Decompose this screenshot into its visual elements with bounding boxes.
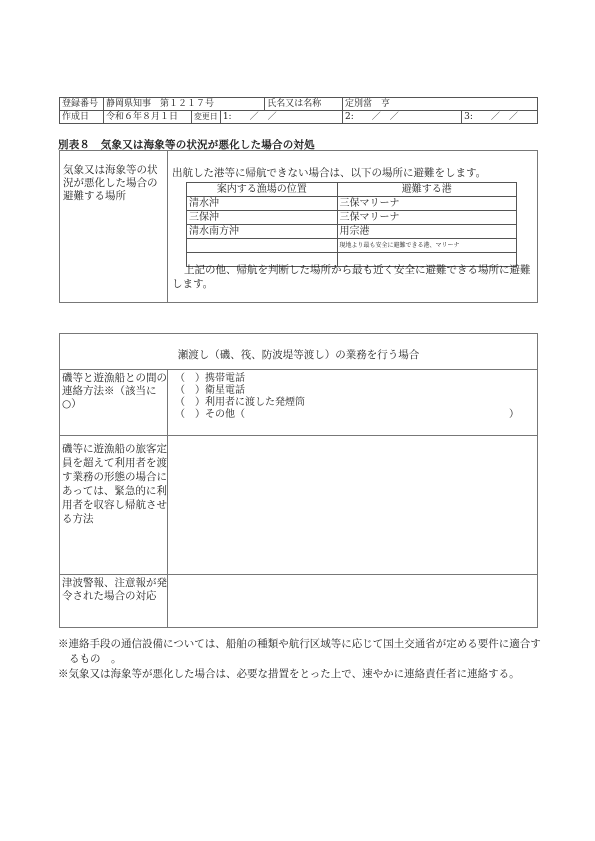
table-row: 清水南方沖 用宗港	[187, 225, 517, 239]
option-mobile-phone[interactable]: （ ）携帯電話	[175, 373, 537, 385]
footnote-communication: ※連絡手段の通信設備については、船舶の種類や航行区域等に応じて国土交通省が定める…	[58, 637, 543, 667]
tsunami-label: 津波警報、注意報が発令された場合の対応	[60, 575, 168, 627]
registration-row: 登録番号 静岡県知事 第１２１７号 氏名又は名称 定別當 亨	[60, 98, 538, 111]
reg-number-label: 登録番号	[60, 98, 104, 111]
port-table-header: 案内する漁場の位置 避難する港	[187, 183, 517, 197]
name-label: 氏名又は名称	[265, 98, 343, 111]
registration-table: 登録番号 静岡県知事 第１２１７号 氏名又は名称 定別當 亨 作成日 令和６年８…	[59, 97, 538, 124]
rescue-value[interactable]	[169, 436, 537, 574]
evac-port-cell: 現地より最も安全に避難できる港、マリーナ	[337, 239, 516, 253]
evac-port-cell: 三保マリーナ	[337, 211, 516, 225]
footnotes: ※連絡手段の通信設備については、船舶の種類や航行区域等に応じて国土交通省が定める…	[58, 637, 543, 682]
rescue-row: 磯等に遊漁船の旅客定員を超えて利用者を渡す業務の形態の場合にあっては、緊急的に利…	[60, 436, 537, 575]
name-value: 定別當 亨	[343, 98, 538, 111]
option-other[interactable]: （ ）その他（ ）	[175, 409, 537, 421]
option-satellite-phone[interactable]: （ ）衛星電話	[175, 385, 537, 397]
evacuation-port-table: 案内する漁場の位置 避難する港 清水沖 三保マリーナ 三保沖 三保マリーナ 清水…	[186, 182, 517, 267]
table-row: 三保沖 三保マリーナ	[187, 211, 517, 225]
footnote-weather: ※気象又は海象等が悪化した場合は、必要な措置をとった上で、速やかに連絡責任者に連…	[58, 667, 543, 682]
dates-row: 作成日 令和６年８月１日 変更日 1: ／ ／ 2: ／ ／ 3: ／ ／	[60, 111, 538, 124]
change-slot-3: 3: ／ ／	[462, 111, 538, 124]
created-label: 作成日	[60, 111, 104, 124]
option-other-close: ）	[509, 409, 519, 421]
contact-label: 磯等と遊漁船との間の連絡方法※（該当に○）	[60, 370, 168, 435]
change-slot-2: 2: ／ ／	[343, 111, 462, 124]
option-other-label: （ ）その他（	[175, 409, 245, 420]
evacuation-intro: 出航した港等に帰航できない場合は、以下の場所に避難をします。	[172, 165, 486, 180]
fishing-ground-cell: 三保沖	[187, 211, 338, 225]
fishing-ground-cell	[187, 239, 338, 253]
option-flare[interactable]: （ ）利用者に渡した発煙筒	[175, 397, 537, 409]
ferry-heading: 瀬渡し（磯、筏、防波堤等渡し）の業務を行う場合	[60, 334, 537, 370]
evacuation-after-text: 上記の他、帰航を判断した場所から最も近く安全に避難できる場所に避難します。	[172, 263, 532, 291]
table-row: 清水沖 三保マリーナ	[187, 197, 517, 211]
fishing-ground-cell: 清水沖	[187, 197, 338, 211]
reg-number-value: 静岡県知事 第１２１７号	[103, 98, 264, 111]
evac-port-cell: 用宗港	[337, 225, 516, 239]
contact-row: 磯等と遊漁船との間の連絡方法※（該当に○） （ ）携帯電話 （ ）衛星電話 （ …	[60, 370, 537, 436]
evacuation-content: 出航した港等に帰航できない場合は、以下の場所に避難をします。 案内する漁場の位置…	[169, 151, 537, 302]
col-fishing-ground: 案内する漁場の位置	[187, 183, 338, 197]
changed-label: 変更日	[191, 111, 220, 124]
change-slot-1: 1: ／ ／	[220, 111, 342, 124]
evac-port-cell: 三保マリーナ	[337, 197, 516, 211]
contact-options: （ ）携帯電話 （ ）衛星電話 （ ）利用者に渡した発煙筒 （ ）その他（ ）	[169, 370, 537, 435]
tsunami-row: 津波警報、注意報が発令された場合の対応	[60, 575, 537, 627]
ferry-table: 瀬渡し（磯、筏、防波堤等渡し）の業務を行う場合 磯等と遊漁船との間の連絡方法※（…	[59, 333, 538, 628]
created-value: 令和６年８月１日	[103, 111, 191, 124]
evacuation-label: 気象又は海象等の状況が悪化した場合の避難する場所	[60, 151, 168, 302]
rescue-label: 磯等に遊漁船の旅客定員を超えて利用者を渡す業務の形態の場合にあっては、緊急的に利…	[60, 436, 168, 574]
col-evac-port: 避難する港	[337, 183, 516, 197]
tsunami-value[interactable]	[169, 575, 537, 627]
evacuation-table: 気象又は海象等の状況が悪化した場合の避難する場所 出航した港等に帰航できない場合…	[59, 150, 538, 303]
table-row: 現地より最も安全に避難できる港、マリーナ	[187, 239, 517, 253]
fishing-ground-cell: 清水南方沖	[187, 225, 338, 239]
